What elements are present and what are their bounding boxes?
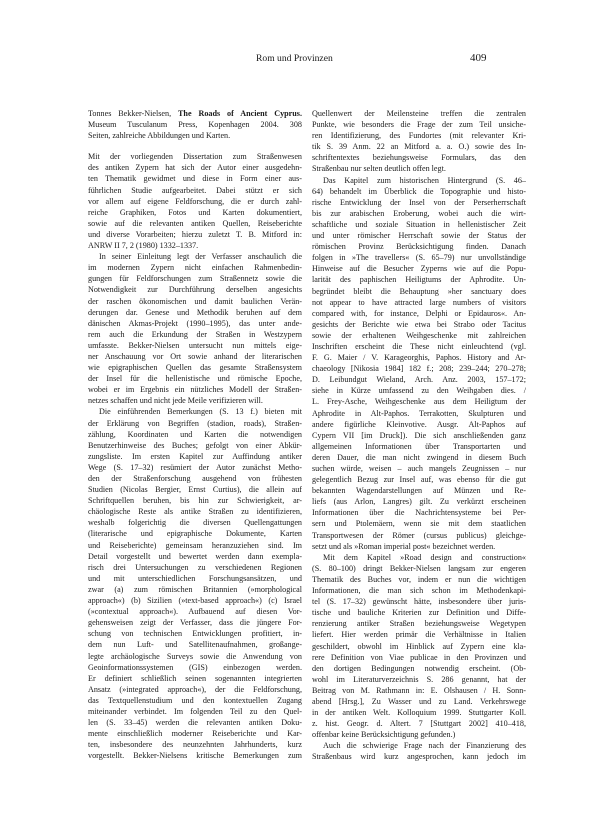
text-line: Geoinformationssystemen (GIS) einbezogen…	[88, 662, 302, 673]
text-line: und diverse Vorarbeiten; hierzu zuletzt …	[88, 229, 302, 240]
text-line: Benutzerhinweise des Buches; gefolgt von…	[88, 440, 302, 451]
text-line: Mit dem Kapitel »Road design and constru…	[312, 552, 526, 563]
text-line: ner Anschauung vor Ort sowie anhand der …	[88, 351, 302, 362]
text-line: (»contextual approach«). Aufbauend auf d…	[88, 606, 302, 617]
text-line: risch drei Untersuchungen zu verschieden…	[88, 562, 302, 573]
text-line: und mit unterschiedlichen Forschungsansä…	[88, 573, 302, 584]
text-line: (literarische und epigraphische Dokument…	[88, 528, 302, 539]
text-line: den dortigen Bedingungen notwendig ersch…	[312, 663, 526, 674]
text-line: schriftentextes beziehungsweise Formular…	[312, 152, 526, 163]
text-line: in der antiken Welt. Kolloquium 1999. St…	[312, 707, 526, 718]
text-line: liefert. Hier werden primär die Verhältn…	[312, 629, 526, 640]
text-line: schaftliche und soziale Situation in hel…	[312, 219, 526, 230]
text-line: not appear to have attracted large numbe…	[312, 297, 526, 308]
running-head-title: Rom und Provinzen	[256, 53, 333, 64]
text-line: ANRW II 7, 2 (1980) 1332–1337.	[88, 240, 302, 251]
text-line: den der Straßenforschung ausgehend von f…	[88, 473, 302, 484]
text-line: len (S. 33–45) werden die relevanten ant…	[88, 717, 302, 728]
text-line: ten, insbesondere des neunzehnten Jahrhu…	[88, 739, 302, 750]
text-line: abend [Hrsg.], Zu Wasser und zu Land. Ve…	[312, 696, 526, 707]
text-line: chaeology [Nikosia 1984] 182 f.; 208; 23…	[312, 363, 526, 374]
text-line: tik S. 39 Anm. 22 an Mitford a. a. O.) s…	[312, 141, 526, 152]
text-line: derungen dar. Genese und Methodik beruhe…	[88, 307, 302, 318]
text-line: Aphrodite in Alt-Paphos. Terrakotten, Sk…	[312, 408, 526, 419]
text-line: 64) behandelt im Überblick die Topograph…	[312, 186, 526, 197]
text-line: liefs (aus Arlon, Langres) gilt. Zu verk…	[312, 496, 526, 507]
left-column: Tonnes Bekker-Nielsen, The Roads of Anci…	[88, 108, 302, 761]
text-line: Schriftquellen beruhen, bis hin zur Schw…	[88, 495, 302, 506]
text-line: dänischen Akmas-Projekt (1990–1995), das…	[88, 318, 302, 329]
text-line: ren Identifizierung, des Fundortes (mit …	[312, 130, 526, 141]
citation-line-1: Tonnes Bekker-Nielsen, The Roads of Anci…	[88, 108, 302, 119]
text-line: wie epigraphischen Quellen das gesamte S…	[88, 362, 302, 373]
text-line: F. G. Maier / V. Karageorghis, Paphos. H…	[312, 352, 526, 363]
text-line: zählung, Koordinaten und Karten die notw…	[88, 429, 302, 440]
text-line: wobei er im Ergebnis ein nützliches Mode…	[88, 384, 302, 395]
text-line: der raschen ökonomischen und damit bauli…	[88, 296, 302, 307]
text-line: deren Dauer, die man nicht zwingend in d…	[312, 452, 526, 463]
text-line: D. Leibundgut Wieland, Arch. Anz. 2003, …	[312, 374, 526, 385]
text-line: Cypern VII [im Druck]). Die sich anschli…	[312, 430, 526, 441]
text-line: das Textquellenstudium und den kontextue…	[88, 695, 302, 706]
text-line: Transportwesen der Römer (cursus publicu…	[312, 530, 526, 541]
text-line: (S. 80–100) dringt Bekker-Nielsen langsa…	[312, 563, 526, 574]
text-line: sowie der erhaltenen Weihgeschenke mit z…	[312, 330, 526, 341]
text-line: tel (S. 17–32) gewünscht hätte, insbeson…	[312, 596, 526, 607]
running-head: Rom und Provinzen 409	[0, 53, 595, 67]
text-line: Das Kapitel zum historischen Hintergrund…	[312, 175, 526, 186]
text-line: Die einführenden Bemerkungen (S. 13 f.) …	[88, 406, 302, 417]
text-line: suchen würde, weisen – auch mangels Zeug…	[312, 463, 526, 474]
text-line: andere figürliche Kleinvotive. Ausgr. Al…	[312, 419, 526, 430]
text-line: ten Thematik gewidmet und diese in Form …	[88, 173, 302, 184]
text-line: offenbar keine Berücksichtigung gefunden…	[312, 729, 526, 740]
text-line: zwar (a) zum römischen Britannien (»morp…	[88, 584, 302, 595]
text-line: führlichen Studie aufgearbeitet. Dabei s…	[88, 185, 302, 196]
book-citation: Tonnes Bekker-Nielsen, The Roads of Anci…	[88, 108, 302, 141]
text-line: legte archäologische Surveys sowie die A…	[88, 651, 302, 662]
text-line: z. hist. Geogr. d. Altert. 7 [Stuttgart …	[312, 718, 526, 729]
text-line: In seiner Einleitung legt der Verfasser …	[88, 251, 302, 262]
text-line: schung von technischen Entwicklungen pro…	[88, 628, 302, 639]
text-line: geschildert, obwohl im Hinblick auf Zype…	[312, 641, 526, 652]
text-line: Informationen, die man sich schon im Met…	[312, 585, 526, 596]
text-line: im modernen Zypern nicht einfachen Rahme…	[88, 262, 302, 273]
text-line: tische und bauliche Kriterien zur Defini…	[312, 607, 526, 618]
text-line: netzes schaffen und nicht jede Meile ver…	[88, 395, 302, 406]
text-line: gungen für Feldforschungen zum Straßenne…	[88, 273, 302, 284]
text-line: bis zur arabischen Eroberung, wobei auch…	[312, 208, 526, 219]
text-line: Hinweise auf die Besucher Zyperns wie au…	[312, 263, 526, 274]
text-line: bekannten Wagendarstellungen auf Münzen …	[312, 485, 526, 496]
text-line: Auch die schwierige Frage nach der Finan…	[312, 740, 526, 751]
text-line: und Reiseberichte) gemeinsam heranzuzieh…	[88, 540, 302, 551]
text-line: miteinander verbindet. Im folgenden Teil…	[88, 706, 302, 717]
text-line: chäologische Reste als antike Straßen zu…	[88, 506, 302, 517]
text-line: rem auch die Erkundung der Straßen in We…	[88, 329, 302, 340]
right-column-body: Quellenwert der Meilensteine treffen die…	[312, 108, 526, 763]
text-line: Notwendigkeit zur Durchführung derselben…	[88, 284, 302, 295]
text-line: Informationen über die Nachrichtensystem…	[312, 507, 526, 518]
text-line: Ansatz (»integrated approach«), der die …	[88, 684, 302, 695]
text-line: setzt und als »Roman imperial post« beze…	[312, 541, 526, 552]
text-line: reiche Graphiken, Fotos und Karten dokum…	[88, 207, 302, 218]
text-line: sern und Ptolemäern, wenn sie mit dem st…	[312, 518, 526, 529]
text-line: Detail vorgestellt und bewertet werden d…	[88, 551, 302, 562]
text-line: vor allem auf eigene Feldforschung, die …	[88, 196, 302, 207]
citation-book-title: The Roads of Ancient Cyprus.	[178, 109, 302, 118]
text-line: der Erklärung von Begriffen (stadion, ro…	[88, 418, 302, 429]
text-line: larität des paphischen Heiligtums der Ap…	[312, 274, 526, 285]
text-line: gehensweisen zeigt der Verfasser, dass d…	[88, 617, 302, 628]
text-line: wohl im Literaturverzeichnis S. 286 gena…	[312, 674, 526, 685]
text-line: Straßenbau nur selten deutlich offen leg…	[312, 163, 526, 174]
text-line: dem nun Luft- und Satellitenaufnahmen, g…	[88, 639, 302, 650]
text-line: gesichts der Berichte wie etwa bei Strab…	[312, 319, 526, 330]
citation-line-2: Museum Tusculanum Press, Kopenhagen 2004…	[88, 119, 302, 130]
text-line: renzierung antiker Straßen beziehungswei…	[312, 618, 526, 629]
text-line: compared with, for instance, Delphi or E…	[312, 308, 526, 319]
text-line: Inschriften erscheint die These nicht ei…	[312, 341, 526, 352]
text-line: Studien (Nicolas Bergier, Ernst Curtius)…	[88, 484, 302, 495]
text-line: Quellenwert der Meilensteine treffen die…	[312, 108, 526, 119]
text-line: siehe in Kürze umfassend zu den Weihgabe…	[312, 385, 526, 396]
text-line: und unter römischer Herrschaft sowie der…	[312, 230, 526, 241]
text-line: sowie auf die relevanten antiken Quellen…	[88, 218, 302, 229]
text-line: begründet bleibt die Behauptung »her san…	[312, 286, 526, 297]
page-number: 409	[470, 52, 487, 64]
citation-spacer	[88, 141, 302, 151]
text-line: Wege (S. 17–32) resümiert der Autor zunä…	[88, 462, 302, 473]
text-line: Beitrag von M. Rathmann in: E. Olshausen…	[312, 685, 526, 696]
text-line: Straßenbaus wird kurz angesprochen, kann…	[312, 751, 526, 762]
text-line: Mit der vorliegenden Dissertation zum St…	[88, 151, 302, 162]
text-line: vorgestellt. Bekker-Nielsens kritische B…	[88, 750, 302, 761]
text-line: folgen in »The travellers« (S. 65–79) nu…	[312, 252, 526, 263]
text-line: umfasste. Bekker-Nielsen untersucht nun …	[88, 340, 302, 351]
text-line: mente einschließlich moderner Reiseberic…	[88, 728, 302, 739]
text-line: Thematik des Buches vor, indem er nun di…	[312, 574, 526, 585]
text-line: rere Definition von Viae publicae in den…	[312, 652, 526, 663]
text-line: römischen Provinz Berücksichtigung finde…	[312, 241, 526, 252]
text-line: Er definiert schließlich seinen sogenann…	[88, 673, 302, 684]
left-column-body: Mit der vorliegenden Dissertation zum St…	[88, 151, 302, 761]
text-line: gelegentlich Bezug zur Insel auf, was eb…	[312, 474, 526, 485]
text-line: Punkte, wie besonders die Frage der zum …	[312, 119, 526, 130]
citation-author: Tonnes Bekker-Nielsen,	[88, 109, 178, 118]
text-line: allgemeinen Informationen über Transport…	[312, 441, 526, 452]
text-line: L. Frey-Asche, Weihgeschenke aus dem Hei…	[312, 396, 526, 407]
text-line: approach«) (b) Sizilien (»text-based app…	[88, 595, 302, 606]
text-line: zungsliste. Im ersten Kapitel zur Auffin…	[88, 451, 302, 462]
right-column: Quellenwert der Meilensteine treffen die…	[312, 108, 526, 763]
text-line: rische Entwicklung der Insel von der Per…	[312, 197, 526, 208]
citation-line-3: Seiten, zahlreiche Abbildungen und Karte…	[88, 130, 302, 141]
text-line: des antiken Zypern hat sich der Autor ei…	[88, 162, 302, 173]
text-line: der Insel für die hellenistische und röm…	[88, 373, 302, 384]
text-line: weshalb folgerichtig die diversen Quelle…	[88, 517, 302, 528]
